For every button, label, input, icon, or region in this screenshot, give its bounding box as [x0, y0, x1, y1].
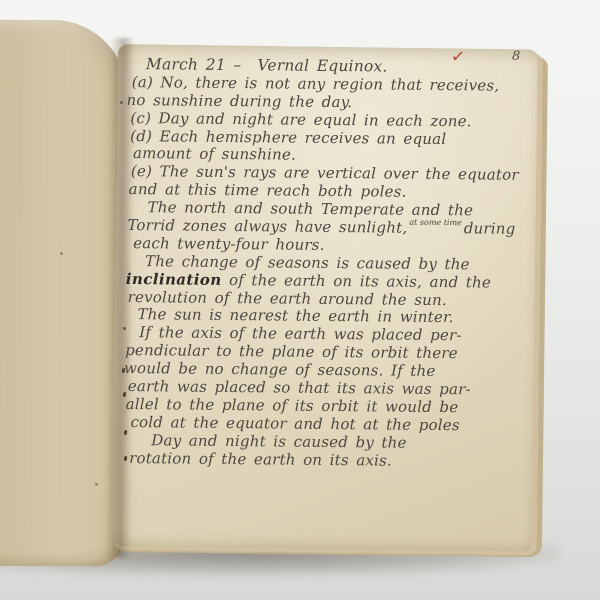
notebook-photo: March 21 –Vernal Equinox.(a) No, there i… [0, 0, 600, 600]
inserted-correction-text: at some time [409, 219, 461, 228]
page-speck [95, 483, 98, 486]
handwriting-segment: during [464, 219, 516, 237]
handwriting-lines: March 21 –Vernal Equinox.(a) No, there i… [123, 56, 531, 471]
handwritten-line: rotation of the earth on its axis. [129, 450, 527, 472]
handwriting-segment: each twenty-four hours. [133, 234, 325, 254]
handwriting-segment: March 21 – [146, 55, 242, 74]
handwriting-segment: amount of sunshine. [133, 145, 296, 165]
handwriting-segment: rotation of the earth on its axis. [129, 449, 392, 470]
handwriting-segment: no sunshine during the day. [126, 91, 352, 111]
page-number: 8 [512, 49, 520, 64]
page-speck [120, 101, 123, 104]
handwriting-segment: inclination [126, 270, 222, 289]
handwriting-segment: Vernal Equinox. [257, 56, 387, 75]
page-speck [60, 252, 63, 255]
red-checkmark: ✓ [450, 46, 466, 67]
